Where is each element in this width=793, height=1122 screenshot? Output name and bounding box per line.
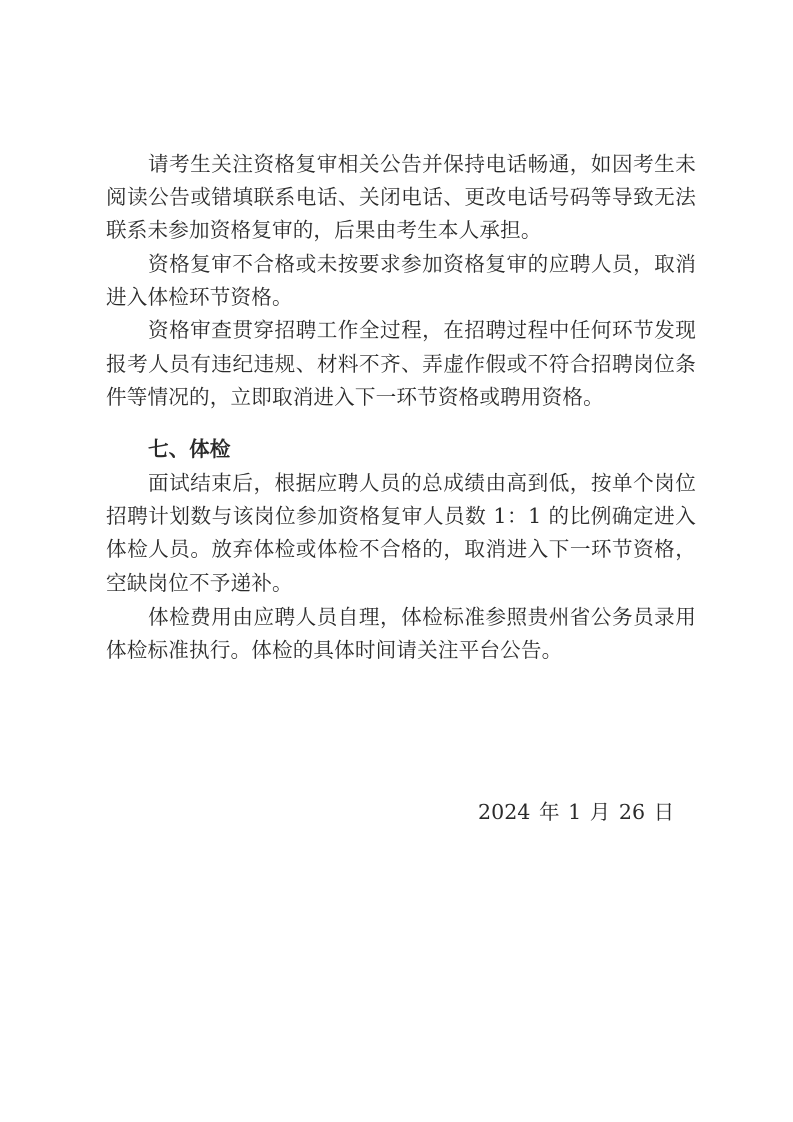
paragraph-line: 阅读公告或错填联系电话、关闭电话、更改电话号码等导致无法 — [106, 185, 696, 209]
paragraph-line: 进入体检环节资格。 — [106, 285, 696, 309]
paragraph-line: 报考人员有违纪违规、材料不齐、弄虚作假或不符合招聘岗位条 — [106, 352, 696, 376]
paragraph-line: 资格审查贯穿招聘工作全过程，在招聘过程中任何环节发现 — [148, 318, 696, 342]
paragraph-line: 请考生关注资格复审相关公告并保持电话畅通，如因考生未 — [148, 152, 696, 176]
paragraph-line: 资格复审不合格或未按要求参加资格复审的应聘人员，取消 — [148, 252, 696, 276]
paragraph-line: 面试结束后，根据应聘人员的总成绩由高到低，按单个岗位 — [148, 471, 696, 495]
paragraph-line: 体检标准执行。体检的具体时间请关注平台公告。 — [106, 638, 696, 662]
document-date: 2024 年 1 月 26 日 — [478, 800, 674, 824]
paragraph-line: 件等情况的，立即取消进入下一环节资格或聘用资格。 — [106, 385, 696, 409]
paragraph-line: 体检人员。放弃体检或体检不合格的，取消进入下一环节资格， — [106, 537, 696, 561]
section-heading: 七、体检 — [148, 437, 230, 461]
paragraph-line: 联系未参加资格复审的，后果由考生本人承担。 — [106, 218, 696, 242]
paragraph-line: 空缺岗位不予递补。 — [106, 571, 696, 595]
paragraph-line: 体检费用由应聘人员自理，体检标准参照贵州省公务员录用 — [148, 605, 696, 629]
paragraph-line: 招聘计划数与该岗位参加资格复审人员数 1：1 的比例确定进入 — [106, 504, 696, 528]
document-page: 请考生关注资格复审相关公告并保持电话畅通，如因考生未 阅读公告或错填联系电话、关… — [0, 0, 793, 1122]
